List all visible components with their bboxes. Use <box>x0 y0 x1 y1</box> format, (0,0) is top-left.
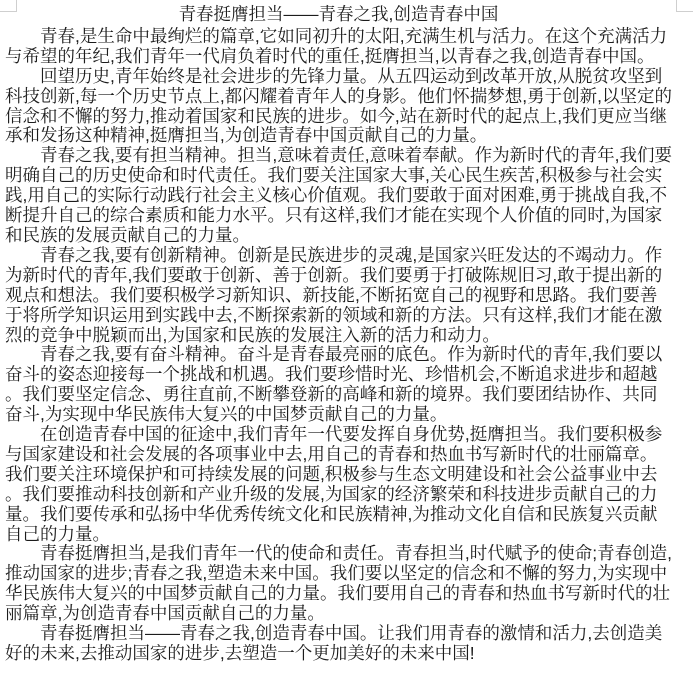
document-page[interactable]: 青春挺膺担当——青春之我,创造青春中国 青春,是生命中最绚烂的篇章,它如同初升的… <box>0 0 693 683</box>
paragraph-history: 回望历史,青年始终是社会进步的先锋力量。从五四运动到改革开放,从脱贫攻坚到科技创… <box>5 67 672 147</box>
document-title: 青春挺膺担当——青春之我,创造青春中国 <box>5 5 672 25</box>
document-content: 青春挺膺担当——青春之我,创造青春中国 青春,是生命中最绚烂的篇章,它如同初升的… <box>5 5 672 664</box>
paragraph-responsibility: 青春之我,要有担当精神。担当,意味着责任,意味着奉献。作为新时代的青年,我们要明… <box>5 146 672 246</box>
paragraph-innovation: 青春之我,要有创新精神。创新是民族进步的灵魂,是国家兴旺发达的不竭动力。作为新时… <box>5 246 672 346</box>
page-margin-corner-mark-top-right <box>676 0 693 12</box>
paragraph-conclusion: 青春挺膺担当——青春之我,创造青春中国。让我们用青春的激情和活力,去创造美好的未… <box>5 624 672 664</box>
paragraph-intro: 青春,是生命中最绚烂的篇章,它如同初升的太阳,充满生机与活力。在这个充满活力与希… <box>5 27 672 67</box>
paragraph-striving: 青春之我,要有奋斗精神。奋斗是青春最亮丽的底色。作为新时代的青年,我们要以奋斗的… <box>5 345 672 425</box>
paragraph-mission: 青春挺膺担当,是我们青年一代的使命和责任。青春担当,时代赋予的使命;青春创造,推… <box>5 544 672 624</box>
paragraph-journey: 在创造青春中国的征途中,我们青年一代要发挥自身优势,挺膺担当。我们要积极参与国家… <box>5 425 672 544</box>
